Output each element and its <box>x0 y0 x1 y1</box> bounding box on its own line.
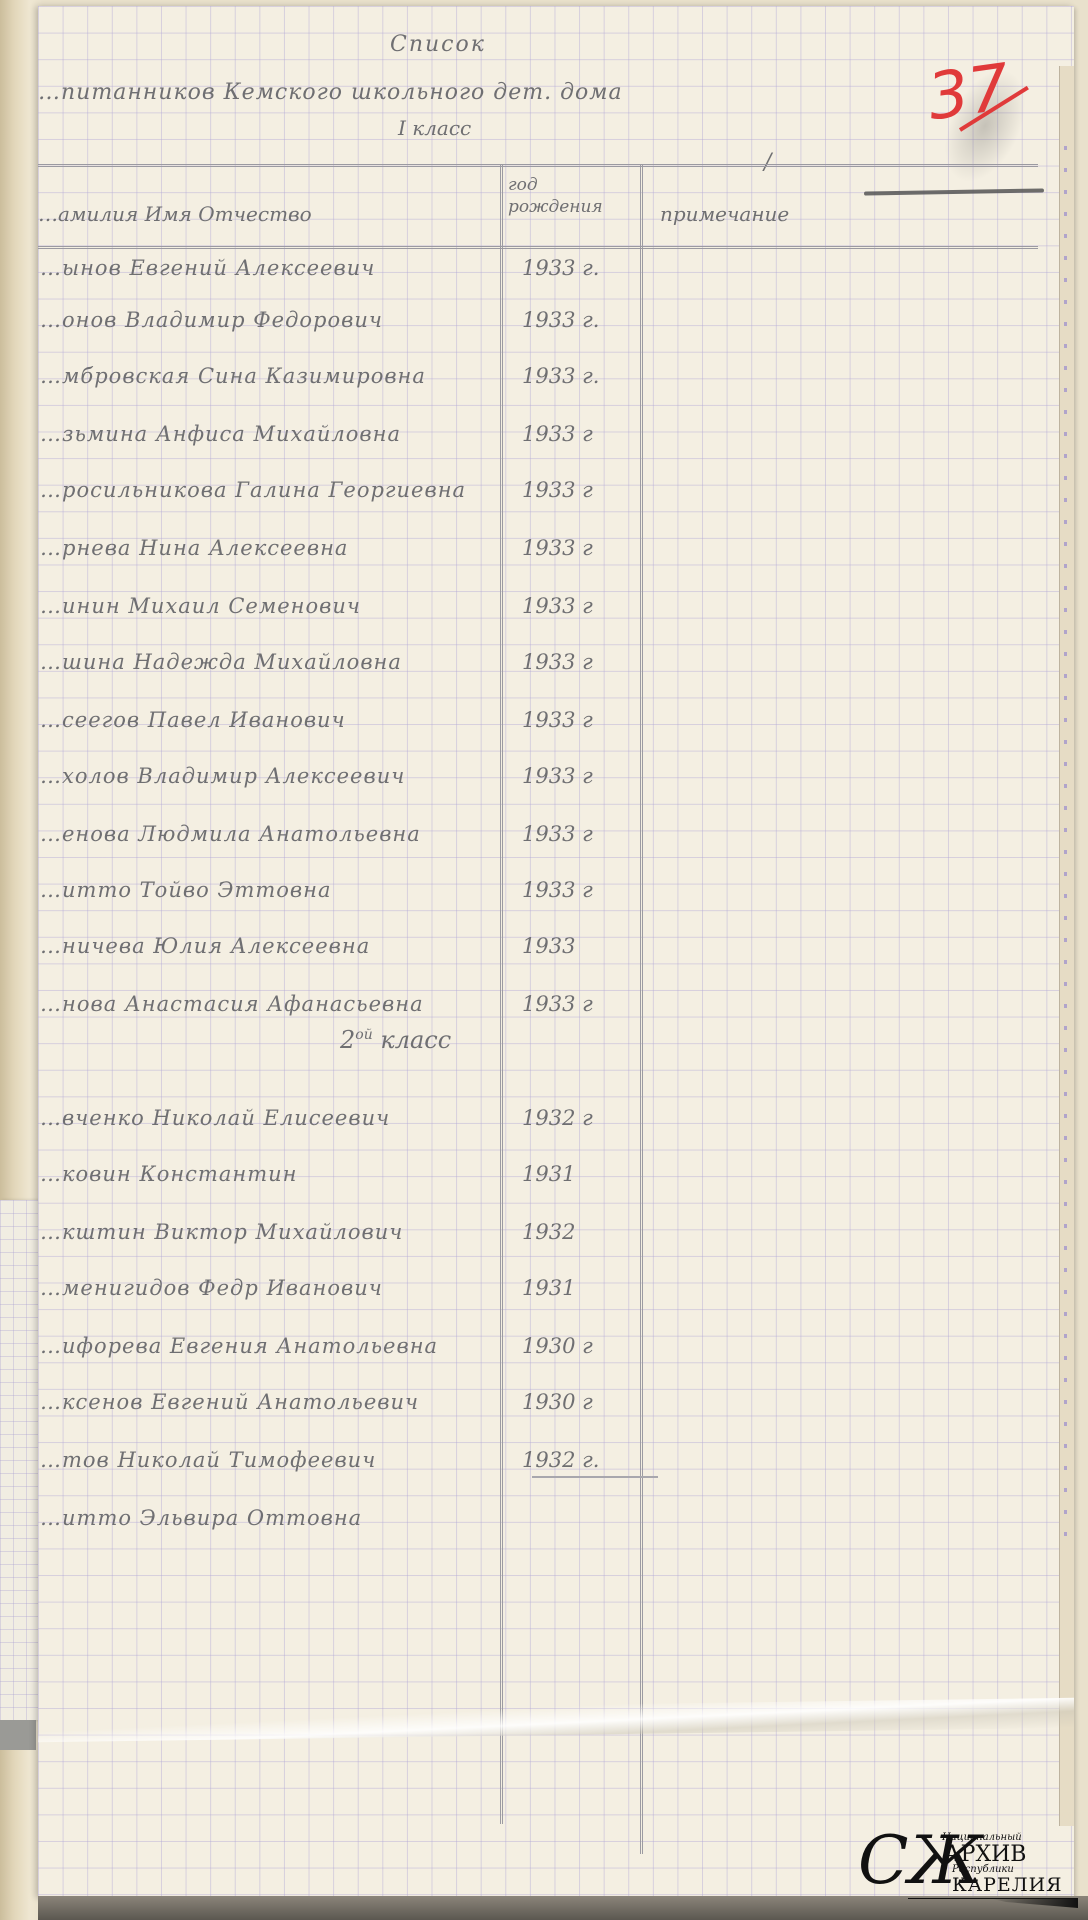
student-name: …сеегов Павел Иванович <box>40 708 346 732</box>
birth-year: 1932 г. <box>522 1448 599 1472</box>
table-row: …холов Владимир Алексеевич1933 г <box>38 758 1018 798</box>
section-1-label: I класс <box>398 116 471 140</box>
document-title: Список <box>390 32 486 57</box>
section-2-label: 2ой класс <box>340 1026 451 1054</box>
student-name: …итто Тойво Эттовна <box>40 878 332 902</box>
birth-year: 1930 г <box>522 1390 593 1414</box>
student-name: …онов Владимир Федорович <box>40 308 383 332</box>
archive-watermark-logo: СЖ Национальный АРХИВ Республики КАРЕЛИЯ <box>858 1824 1078 1908</box>
student-name: …енова Людмила Анатольевна <box>40 822 421 846</box>
document-page: Список …питанников Кемского школьного де… <box>38 6 1074 1898</box>
watermark-line-4: КАРЕЛИЯ <box>952 1874 1063 1896</box>
birth-year: 1931 <box>522 1276 575 1300</box>
student-name: …ничева Юлия Алексеевна <box>40 934 370 958</box>
birth-year: 1933 г. <box>522 364 599 388</box>
student-name: …вченко Николай Елисеевич <box>40 1106 390 1130</box>
student-name: …менигидов Федр Иванович <box>40 1276 383 1300</box>
student-name: …росильникова Галина Георгиевна <box>40 478 466 502</box>
birth-year: 1933 г <box>522 478 593 502</box>
section-2-word: класс <box>380 1026 451 1054</box>
birth-year: 1930 г <box>522 1334 593 1358</box>
student-name: …итто Эльвира Оттовна <box>40 1506 362 1530</box>
table-row: …росильникова Галина Георгиевна1933 г <box>38 472 1018 512</box>
table-row: …ынов Евгений Алексеевич1933 г. <box>38 250 1018 290</box>
document-subtitle: …питанников Кемского школьного дет. дома <box>38 80 623 105</box>
student-name: …тов Николай Тимофеевич <box>40 1448 376 1472</box>
table-row: …кштин Виктор Михайлович1932 <box>38 1214 1018 1254</box>
birth-year: 1933 г <box>522 708 593 732</box>
table-row: …енова Людмила Анатольевна1933 г <box>38 816 1018 856</box>
birth-year: 1933 г <box>522 536 593 560</box>
birth-year: 1933 г <box>522 594 593 618</box>
student-name: …ковин Константин <box>40 1162 297 1186</box>
table-row: …мбровская Сина Казимировна1933 г. <box>38 358 1018 398</box>
column-header-name: …амилия Имя Отчество <box>38 202 312 226</box>
column-header-year: год рождения <box>508 174 603 218</box>
student-name: …рнева Нина Алексеевна <box>40 536 348 560</box>
pencil-mark: / <box>764 150 771 175</box>
student-name: …мбровская Сина Казимировна <box>40 364 426 388</box>
quill-icon <box>988 1898 1078 1908</box>
column-header-year-line1: год <box>508 174 603 196</box>
birth-year: 1933 г <box>522 764 593 788</box>
watermark-line-2: АРХИВ <box>944 1844 1026 1866</box>
table-row: …онов Владимир Федорович1933 г. <box>38 302 1018 342</box>
year-end-rule <box>532 1476 658 1478</box>
table-row: …итто Эльвира Оттовна <box>38 1500 1018 1540</box>
table-row: …ксенов Евгений Анатольевич1930 г <box>38 1384 1018 1424</box>
birth-year: 1933 г <box>522 878 593 902</box>
folio-underline <box>864 188 1044 195</box>
table-row: …тов Николай Тимофеевич1932 г. <box>38 1442 1018 1482</box>
birth-year: 1932 г <box>522 1106 593 1130</box>
table-row: …инин Михаил Семенович1933 г <box>38 588 1018 628</box>
birth-year: 1932 <box>522 1220 575 1244</box>
student-name: …инин Михаил Семенович <box>40 594 361 618</box>
folio-stamp: 37 <box>920 56 1040 206</box>
table-row: …вченко Николай Елисеевич1932 г <box>38 1100 1018 1140</box>
table-row: …шина Надежда Михайловна1933 г <box>38 644 1018 684</box>
table-row: …зьмина Анфиса Михайловна1933 г <box>38 416 1018 456</box>
column-header-notes: примечание <box>660 202 789 226</box>
section-2-number: 2 <box>340 1026 355 1054</box>
student-name: …ифоревa Евгения Анатольевна <box>40 1334 438 1358</box>
student-name: …ынов Евгений Алексеевич <box>40 256 375 280</box>
table-row: …рнева Нина Алексеевна1933 г <box>38 530 1018 570</box>
student-name: …холов Владимир Алексеевич <box>40 764 405 788</box>
table-header-rule <box>38 246 1038 249</box>
birth-year: 1933 г <box>522 992 593 1016</box>
birth-year: 1933 г <box>522 650 593 674</box>
birth-year: 1933 г <box>522 422 593 446</box>
right-page-edge <box>1059 66 1074 1826</box>
table-row: …итто Тойво Эттовна1933 г <box>38 872 1018 912</box>
birth-year: 1933 <box>522 934 575 958</box>
student-name: …ксенов Евгений Анатольевич <box>40 1390 419 1414</box>
table-row: …ничева Юлия Алексеевна1933 <box>38 928 1018 968</box>
table-row: …ифоревa Евгения Анатольевна1930 г <box>38 1328 1018 1368</box>
student-name: …зьмина Анфиса Михайловна <box>40 422 401 446</box>
column-header-year-line2: рождения <box>508 196 603 218</box>
underlying-tab <box>0 1720 36 1750</box>
student-name: …нова Анастасия Афанасьевна <box>40 992 424 1016</box>
table-top-rule <box>38 164 1038 167</box>
student-name: …кштин Виктор Михайлович <box>40 1220 403 1244</box>
birth-year: 1933 г. <box>522 308 599 332</box>
birth-year: 1933 г. <box>522 256 599 280</box>
birth-year: 1931 <box>522 1162 575 1186</box>
birth-year: 1933 г <box>522 822 593 846</box>
section-2-suffix: ой <box>355 1027 372 1043</box>
table-row: …ковин Константин1931 <box>38 1156 1018 1196</box>
table-row: …менигидов Федр Иванович1931 <box>38 1270 1018 1310</box>
table-row: …сеегов Павел Иванович1933 г <box>38 702 1018 742</box>
student-name: …шина Надежда Михайловна <box>40 650 402 674</box>
table-row: …нова Анастасия Афанасьевна1933 г <box>38 986 1018 1026</box>
